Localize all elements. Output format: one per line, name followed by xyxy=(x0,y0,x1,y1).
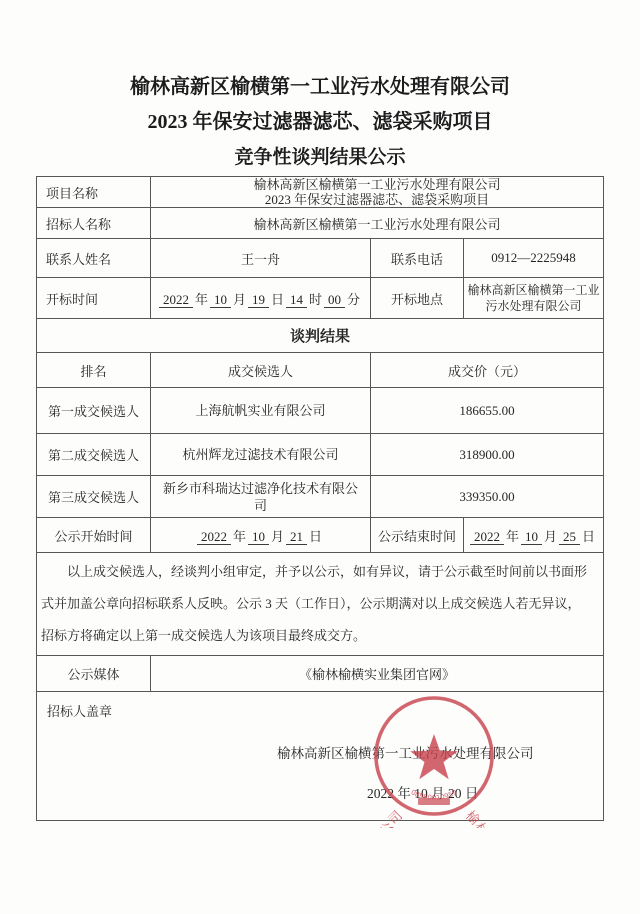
table-row-candidate-2: 第二成交候选人 杭州辉龙过滤技术有限公司 318900.00 xyxy=(37,434,604,476)
notice-line3: 招标方将确定以上第一成交候选人为该项目最终成交方。 xyxy=(41,620,599,652)
open-place-line2: 污水处理有限公司 xyxy=(466,298,601,314)
candidate-1: 上海航帆实业有限公司 xyxy=(151,388,371,434)
project-name-value: 榆林高新区榆横第一工业污水处理有限公司 2023 年保安过滤器滤芯、滤袋采购项目 xyxy=(151,177,604,208)
pub-end-label: 公示结束时间 xyxy=(371,518,464,553)
row-publicity-dates: 公示开始时间 2022年10月21日 公示结束时间 2022年10月25日 xyxy=(37,518,604,553)
row-result-headers: 排名 成交候选人 成交价（元） xyxy=(37,353,604,388)
open-time-value: 2022年10月19日14时00分 xyxy=(151,278,371,319)
candidate-2: 杭州辉龙过滤技术有限公司 xyxy=(151,434,371,476)
col-header-price: 成交价（元） xyxy=(371,353,604,388)
project-name-value-line2: 2023 年保安过滤器滤芯、滤袋采购项目 xyxy=(153,192,601,207)
media-value: 《榆林榆横实业集团官网》 xyxy=(151,656,604,692)
notice-line2: 式并加盖公章向招标联系人反映。公示 3 天（工作日），公示期满对以上成交候选人若… xyxy=(41,588,599,620)
announcement-table: 项目名称 榆林高新区榆横第一工业污水处理有限公司 2023 年保安过滤器滤芯、滤… xyxy=(36,176,604,821)
table-row-candidate-1: 第一成交候选人 上海航帆实业有限公司 186655.00 xyxy=(37,388,604,434)
doc-title-line3: 竞争性谈判结果公示 xyxy=(0,140,640,175)
contact-name-value: 王一舟 xyxy=(151,239,371,278)
tenderer-label: 招标人名称 xyxy=(37,208,151,239)
price-1: 186655.00 xyxy=(371,388,604,434)
open-place-line1: 榆林高新区榆横第一工业 xyxy=(466,282,601,298)
rank-2: 第二成交候选人 xyxy=(37,434,151,476)
pub-start-value: 2022年10月21日 xyxy=(151,518,371,553)
row-project-name: 项目名称 榆林高新区榆横第一工业污水处理有限公司 2023 年保安过滤器滤芯、滤… xyxy=(37,177,604,208)
price-3: 339350.00 xyxy=(371,476,604,518)
notice-line1: 以上成交候选人，经谈判小组审定，并予以公示，如有异议，请于公示截至时间前以书面形 xyxy=(41,556,599,588)
contact-phone-value: 0912—2225948 xyxy=(464,239,604,278)
media-label: 公示媒体 xyxy=(37,656,151,692)
pub-end-value: 2022年10月25日 xyxy=(464,518,604,553)
doc-title-line2: 2023 年保安过滤器滤芯、滤袋采购项目 xyxy=(0,105,640,140)
row-bid-opening: 开标时间 2022年10月19日14时00分 开标地点 榆林高新区榆横第一工业 … xyxy=(37,278,604,319)
row-seal: 招标人盖章 榆林高新区榆横第一工业污水处理有限公司 2022 年 10 月 20… xyxy=(37,692,604,821)
document-page: 榆林高新区榆横第一工业污水处理有限公司 2023 年保安过滤器滤芯、滤袋采购项目… xyxy=(0,0,640,914)
result-section-title: 谈判结果 xyxy=(37,319,604,353)
table-row-candidate-3: 第三成交候选人 新乡市科瑞达过滤净化技术有限公司 339350.00 xyxy=(37,476,604,518)
price-2: 318900.00 xyxy=(371,434,604,476)
rank-3: 第三成交候选人 xyxy=(37,476,151,518)
pub-start-label: 公示开始时间 xyxy=(37,518,151,553)
rank-1: 第一成交候选人 xyxy=(37,388,151,434)
open-time-label: 开标时间 xyxy=(37,278,151,319)
notice-paragraph: 以上成交候选人，经谈判小组审定，并予以公示，如有异议，请于公示截至时间前以书面形… xyxy=(37,553,604,656)
project-name-value-line1: 榆林高新区榆横第一工业污水处理有限公司 xyxy=(153,177,601,192)
seal-label: 招标人盖章 xyxy=(47,701,112,720)
contact-phone-label: 联系电话 xyxy=(371,239,464,278)
col-header-candidate: 成交候选人 xyxy=(151,353,371,388)
seal-company: 榆林高新区榆横第一工业污水处理有限公司 xyxy=(277,742,534,762)
seal-cell: 招标人盖章 榆林高新区榆横第一工业污水处理有限公司 2022 年 10 月 20… xyxy=(37,692,604,821)
row-media: 公示媒体 《榆林榆横实业集团官网》 xyxy=(37,656,604,692)
open-place-label: 开标地点 xyxy=(371,278,464,319)
seal-area: 招标人盖章 榆林高新区榆横第一工业污水处理有限公司 2022 年 10 月 20… xyxy=(39,692,601,820)
row-contact: 联系人姓名 王一舟 联系电话 0912—2225948 xyxy=(37,239,604,278)
tenderer-value: 榆林高新区榆横第一工业污水处理有限公司 xyxy=(151,208,604,239)
candidate-3: 新乡市科瑞达过滤净化技术有限公司 xyxy=(151,476,371,518)
row-notice: 以上成交候选人，经谈判小组审定，并予以公示，如有异议，请于公示截至时间前以书面形… xyxy=(37,553,604,656)
project-name-label: 项目名称 xyxy=(37,177,151,208)
col-header-rank: 排名 xyxy=(37,353,151,388)
seal-date: 2022 年 10 月 20 日 xyxy=(367,782,478,802)
contact-name-label: 联系人姓名 xyxy=(37,239,151,278)
doc-title-line1: 榆林高新区榆横第一工业污水处理有限公司 xyxy=(0,70,640,105)
row-tenderer: 招标人名称 榆林高新区榆横第一工业污水处理有限公司 xyxy=(37,208,604,239)
open-place-value: 榆林高新区榆横第一工业 污水处理有限公司 xyxy=(464,278,604,319)
doc-title: 榆林高新区榆横第一工业污水处理有限公司 2023 年保安过滤器滤芯、滤袋采购项目… xyxy=(0,70,640,175)
row-result-section: 谈判结果 xyxy=(37,319,604,353)
